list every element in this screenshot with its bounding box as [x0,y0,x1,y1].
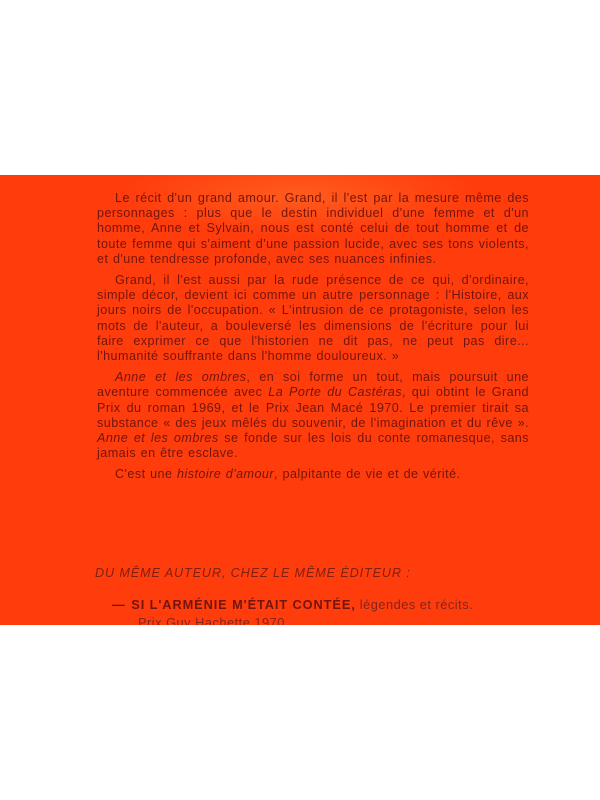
text-segment: Le récit d'un grand amour. Grand, il l'e… [97,191,529,266]
italic-title: La Porte du Castéras [268,385,402,399]
italic-title: Anne et les ombres [97,431,219,445]
blurb: Le récit d'un grand amour. Grand, il l'e… [97,191,529,483]
other-work-item: —SI L'ARMÉNIE M'ÉTAIT CONTÉE, légendes e… [112,596,532,625]
blurb-closing-line: C'est une histoire d'amour, palpitante d… [97,467,529,482]
italic-title: Anne et les ombres [115,370,246,384]
other-works-heading: DU MÊME AUTEUR, CHEZ LE MÊME ÉDITEUR : [95,566,411,580]
blurb-paragraph-1: Le récit d'un grand amour. Grand, il l'e… [97,191,529,267]
other-work-title: SI L'ARMÉNIE M'ÉTAIT CONTÉE, [131,597,355,612]
closing-suffix: , palpitante de vie et de vérité. [274,467,460,481]
blurb-paragraph-3: Anne et les ombres, en soi forme un tout… [97,370,529,461]
other-work-award: Prix Guy Hachette 1970. [112,614,532,625]
other-work-description: légendes et récits. [360,597,473,612]
blurb-paragraph-2: Grand, il l'est aussi par la rude présen… [97,273,529,364]
text-segment: Grand, il l'est aussi par la rude présen… [97,273,529,363]
closing-prefix: C'est une [115,467,177,481]
book-back-cover: Le récit d'un grand amour. Grand, il l'e… [0,175,600,625]
closing-emphasis: histoire d'amour [177,467,274,481]
list-dash: — [112,597,125,612]
